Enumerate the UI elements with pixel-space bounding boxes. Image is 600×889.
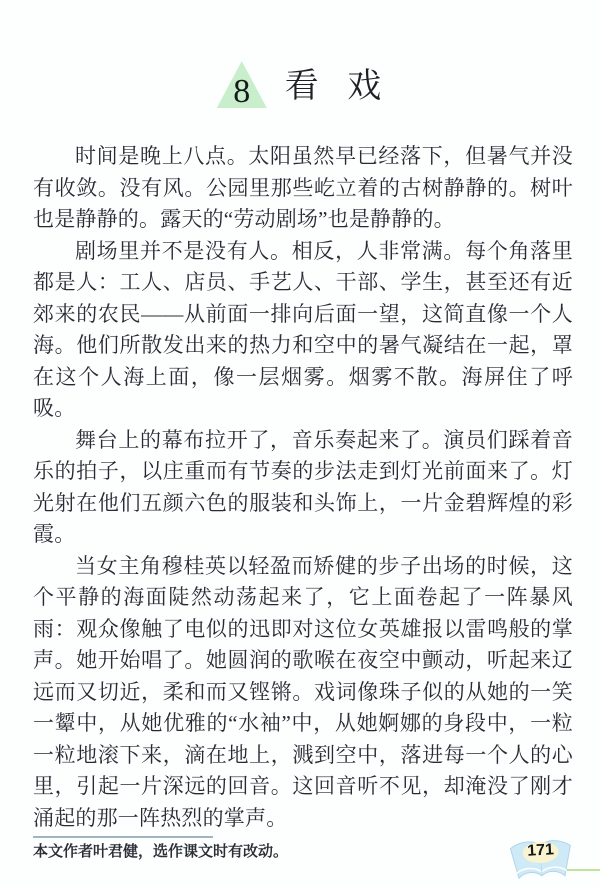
page-number: 171 [507,840,574,861]
footnote-text: 本文作者叶君健，选作课文时有改动。 [33,843,573,862]
paragraph-3: 舞台上的幕布拉开了，音乐奏起来了。演员们踩着音乐的拍子，以庄重而有节奏的步法走到… [33,425,573,551]
paragraph-1: 时间是晚上八点。太阳虽然早已经落下，但暑气并没有收敛。没有风。公园里那些屹立着的… [33,141,573,236]
paragraph-2: 剧场里并不是没有人。相反，人非常满。每个角落里都是人：工人、店员、手艺人、干部、… [33,236,573,425]
textbook-page: 8 看 戏 时间是晚上八点。太阳虽然早已经落下，但暑气并没有收敛。没有风。公园里… [0,0,600,889]
lesson-body: 时间是晚上八点。太阳虽然早已经落下，但暑气并没有收敛。没有风。公园里那些屹立着的… [33,141,573,862]
footnote-separator [33,836,213,838]
lesson-header: 8 看 戏 [0,58,600,108]
lesson-title: 看 戏 [285,67,384,108]
page-number-marker: 171 [507,834,575,883]
lesson-number: 8 [217,73,267,110]
paragraph-4: 当女主角穆桂英以轻盈而矫健的步子出场的时候，这个平静的海面陡然动荡起来了，它上面… [33,551,573,835]
lesson-number-badge: 8 [217,61,267,108]
